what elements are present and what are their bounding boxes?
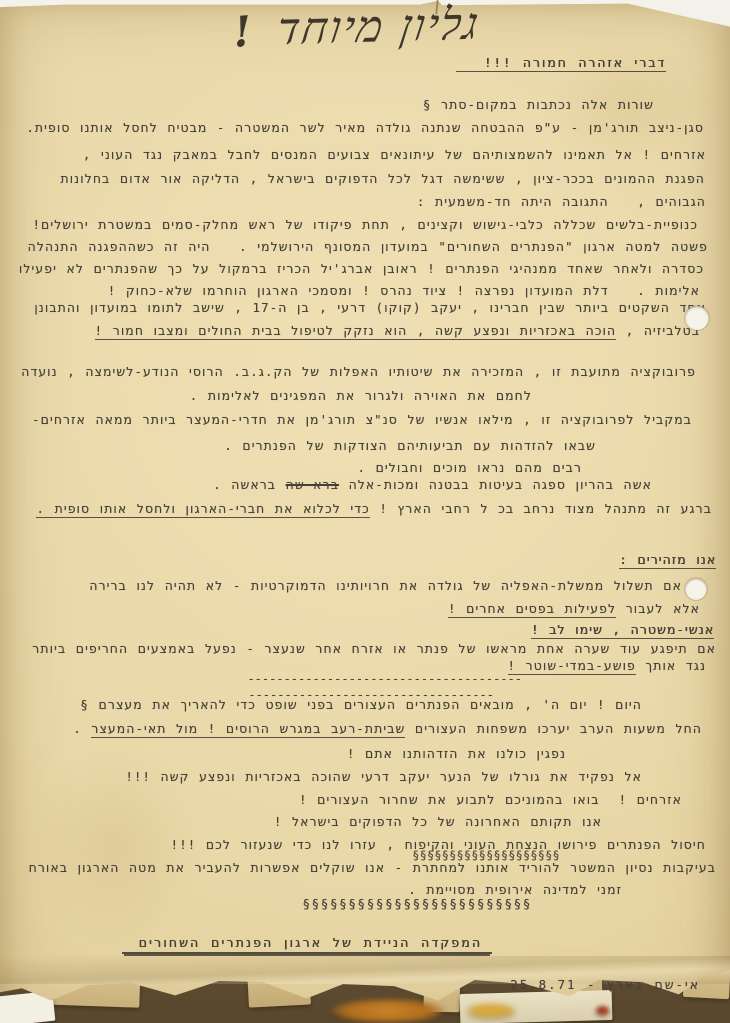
text-line: אם תשלול ממשלת-האפליה של גולדה את חרויות… xyxy=(89,580,682,592)
text-line: במקביל לפרובוקציה זו , מילאו אנשיו של סנ… xyxy=(32,414,692,426)
text-line: אנו תקותם האחרונה של כל הדפוקים בישראל ! xyxy=(274,816,602,828)
dashed-divider: -------------------------------------- xyxy=(247,673,522,685)
text-line: הגבוהים , התגובה היתה חד-משמעית : xyxy=(417,196,706,208)
text-line: בטלביזיה , הוכה באכזריות ונפצע קשה , הוא… xyxy=(95,325,700,337)
warning-heading: דברי אזהרה חמורה !!! xyxy=(456,57,666,69)
text-line: אזרחים ! אל תאמינו להשמצותיהם של עיתונאי… xyxy=(83,149,706,161)
section-heading: אנו מזהירים : xyxy=(619,554,716,566)
text-line: שבאו להזדהות עם תביעותיהם הצודקות של הפנ… xyxy=(224,440,596,452)
text-line: היום ! יום ה' , מובאים הפנתרים העצורים ב… xyxy=(80,699,642,711)
text-line: שורות אלה נכתבות במקום-סתר § xyxy=(423,99,654,111)
text-line: אל נפקיד את גורלו של הנער יעקב דרעי שהוכ… xyxy=(125,771,642,783)
punch-hole xyxy=(685,306,709,330)
text-line: לחמם את האוירה ולגרור את המפגינים לאלימו… xyxy=(190,390,532,402)
text-line: סגן-ניצב תורג'מן - ע"פ ההבטחה שנתנה גולד… xyxy=(26,122,704,134)
text-line: פרובוקציה מתועבת זו , המזכירה את שיטותיו… xyxy=(21,366,696,378)
section-marks-row: §§§§§§§§§§§§§§§§§§§§§§§§§ xyxy=(302,898,532,911)
document-body: דברי אזהרה חמורה !!! שורות אלה נכתבות במ… xyxy=(0,0,730,1023)
scan-background: גליון מיוחד ! דברי אזהרה חמורה !!! שורות… xyxy=(0,0,730,1023)
text-line: רבים מהם נראו מוכים וחבולים . xyxy=(357,462,582,474)
signature-line: המפקדה הניידת של ארגון הפנתרים השחורים xyxy=(122,937,492,949)
text-line: נפגין כולנו את הזדהותנו אתם ! xyxy=(347,748,566,760)
text-line: אלימות . דלת המועדון נפרצה ! ציוד נהרס !… xyxy=(108,285,700,297)
text-line: החל משעות הערב יערכו משפחות העצורים שבית… xyxy=(73,723,702,735)
text-line: אחד השקטים ביותר שבין חברינו , יעקב (קוק… xyxy=(34,302,706,314)
text-line: אלא לעבור לפעילות בפסים אחרים ! xyxy=(448,603,700,615)
text-line: פשטה למטה ארגון "הפנתרים השחורים" במועדו… xyxy=(28,241,708,253)
text-line: בעיקבות נסיון המשטר להוריד אותנו למחתרת … xyxy=(29,862,716,874)
text-line: ברגע זה מתנהל מצוד נרחב בכ ל רחבי הארץ !… xyxy=(36,503,712,515)
text-line: זמני למדינה אירופית מסויימת . xyxy=(408,884,622,896)
section-heading: אנשי-משטרה , שימו לב ! xyxy=(531,624,714,636)
text-line: אזרחים ! בואו בהמוניכם לתבוע את שחרור הע… xyxy=(299,794,682,806)
text-line: כנופיית-בלשים שכללה כלבי-גישוש וקצינים ,… xyxy=(33,219,699,231)
text-line: נגד אותך פושע-במדי-שוטר ! xyxy=(508,660,707,672)
text-line: אם תיפגע עוד שערה אחת מראשו של פנתר או א… xyxy=(32,643,716,655)
text-line: אשה בהריון ספגה בעיטות בבטנה ומכות-אלה ב… xyxy=(213,479,652,491)
text-line: הפגנת ההמונים בככר-ציון , ששימשה דגל לכל… xyxy=(60,173,705,185)
punch-hole xyxy=(685,578,707,600)
text-line: כסדרה ולאחר שאחד ממנהיגי הפנתרים ! ראובן… xyxy=(19,263,704,275)
place-date-line: אי-שם בארץ - 25.8.71 xyxy=(510,979,700,991)
